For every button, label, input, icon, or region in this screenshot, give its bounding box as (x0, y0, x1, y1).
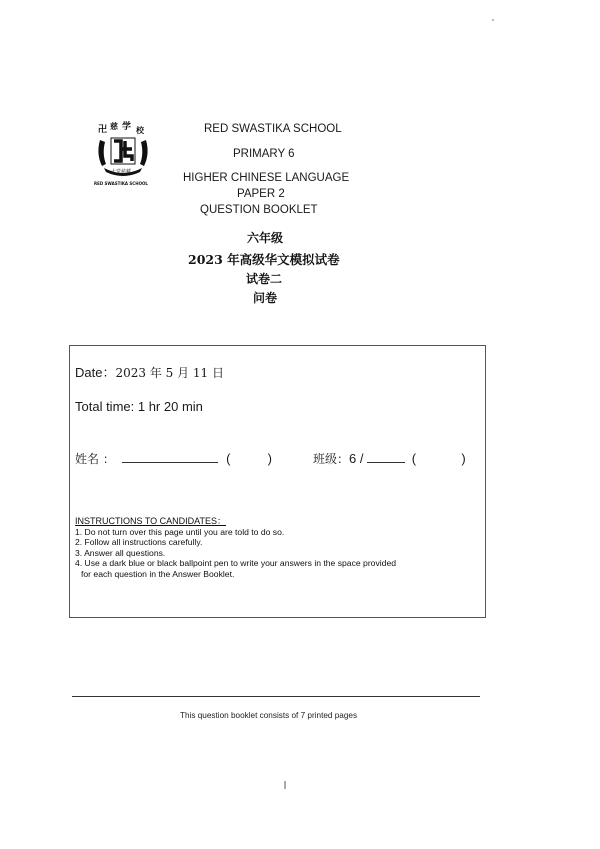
school-name: RED SWASTIKA SCHOOL (204, 123, 342, 135)
name-blank-field[interactable] (122, 451, 218, 463)
page-count-note: This question booklet consists of 7 prin… (180, 711, 357, 720)
class-paren-close: ) (461, 451, 465, 466)
class-label: 班级： (313, 452, 349, 466)
name-line: 姓名 ： ( ) (75, 450, 272, 467)
instruction-item: 4. Use a dark blue or black ballpoint pe… (75, 558, 396, 569)
exam-title-cn: 2023 年高级华文模拟试卷 (188, 250, 340, 268)
svg-text:学: 学 (122, 120, 131, 132)
scan-speck (492, 19, 494, 21)
grade-cn: 六年级 (247, 229, 283, 246)
svg-text:慈: 慈 (110, 121, 118, 131)
total-time: Total time: 1 hr 20 min (75, 399, 203, 414)
instructions-title: INSTRUCTIONS TO CANDIDATES： (75, 516, 396, 527)
level-label: PRIMARY 6 (233, 148, 295, 160)
instruction-item: for each question in the Answer Booklet. (75, 569, 396, 580)
date-label: Date： (75, 365, 115, 380)
instruction-item: 1. Do not turn over this page until you … (75, 527, 396, 538)
class-line: 班级：6 / ( ) (313, 450, 466, 467)
booklet-cn: 问卷 (253, 289, 277, 306)
register-no-paren-open: ( (226, 451, 230, 466)
footer-divider (72, 696, 480, 697)
subject-label: HIGHER CHINESE LANGUAGE (183, 172, 349, 184)
name-label: 姓名 ： (75, 452, 115, 466)
paper-label: PAPER 2 (237, 188, 285, 200)
class-value: 6 / (349, 451, 363, 466)
booklet-label: QUESTION BOOKLET (200, 204, 318, 216)
page-number (284, 781, 286, 789)
date-line: Date：2023 年 5 月 11 日 (75, 362, 224, 381)
register-no-paren-close: ) (268, 451, 272, 466)
svg-text:校: 校 (135, 125, 145, 135)
class-paren-open: ( (412, 451, 416, 466)
date-value: 2023 年 5 月 11 日 (115, 366, 224, 380)
svg-text:卍: 卍 (98, 124, 107, 135)
class-blank-field[interactable] (367, 451, 405, 463)
svg-text:大觉慈藏: 大觉慈藏 (111, 168, 131, 175)
paper-cn: 试卷二 (246, 270, 282, 287)
instruction-item: 3. Answer all questions. (75, 548, 396, 559)
instructions: INSTRUCTIONS TO CANDIDATES： 1. Do not tu… (75, 516, 396, 580)
school-crest-icon: 卍 慈 学 校 大觉慈藏 RED SWASTIKA SCHOOL (92, 120, 154, 188)
svg-text:RED SWASTIKA SCHOOL: RED SWASTIKA SCHOOL (94, 181, 148, 186)
school-logo: 卍 慈 学 校 大觉慈藏 RED SWASTIKA SCHOOL (92, 120, 154, 188)
instruction-item: 2. Follow all instructions carefully. (75, 537, 396, 548)
